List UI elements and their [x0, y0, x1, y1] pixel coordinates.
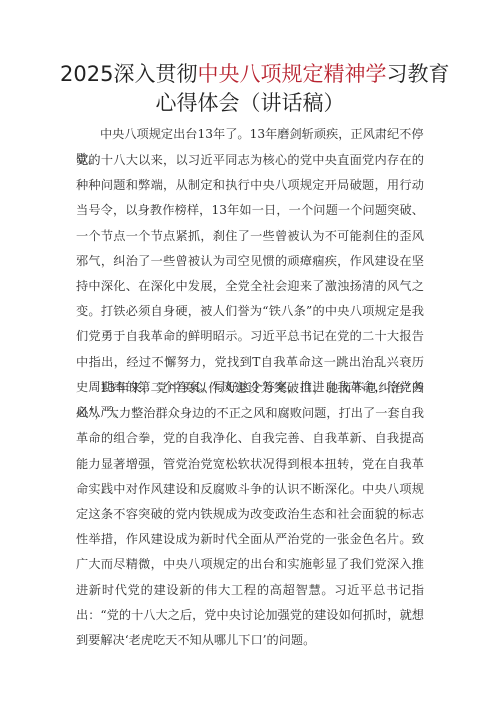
title-prefix: 2025深入贯彻 — [60, 62, 197, 86]
paragraph-2: 13年来，党中央以作风建设为突破口，驰而不息纠治“四风”，大力整治群众身边的不正… — [76, 376, 424, 653]
title-accent: 中央八项规定精神学 — [197, 62, 386, 86]
document-page: 2025深入贯彻中央八项规定精神学习教育 心得体会（讲话稿） 中央八项规定出台1… — [0, 0, 500, 707]
document-title-line-2: 心得体会（讲话稿） — [60, 89, 440, 117]
document-title-line-1: 2025深入贯彻中央八项规定精神学习教育 — [60, 60, 440, 88]
title-suffix: 习教育 — [386, 62, 449, 86]
body-section-2: 13年来，党中央以作风建设为突破口，驰而不息纠治“四风”，大力整治群众身边的不正… — [76, 376, 424, 653]
